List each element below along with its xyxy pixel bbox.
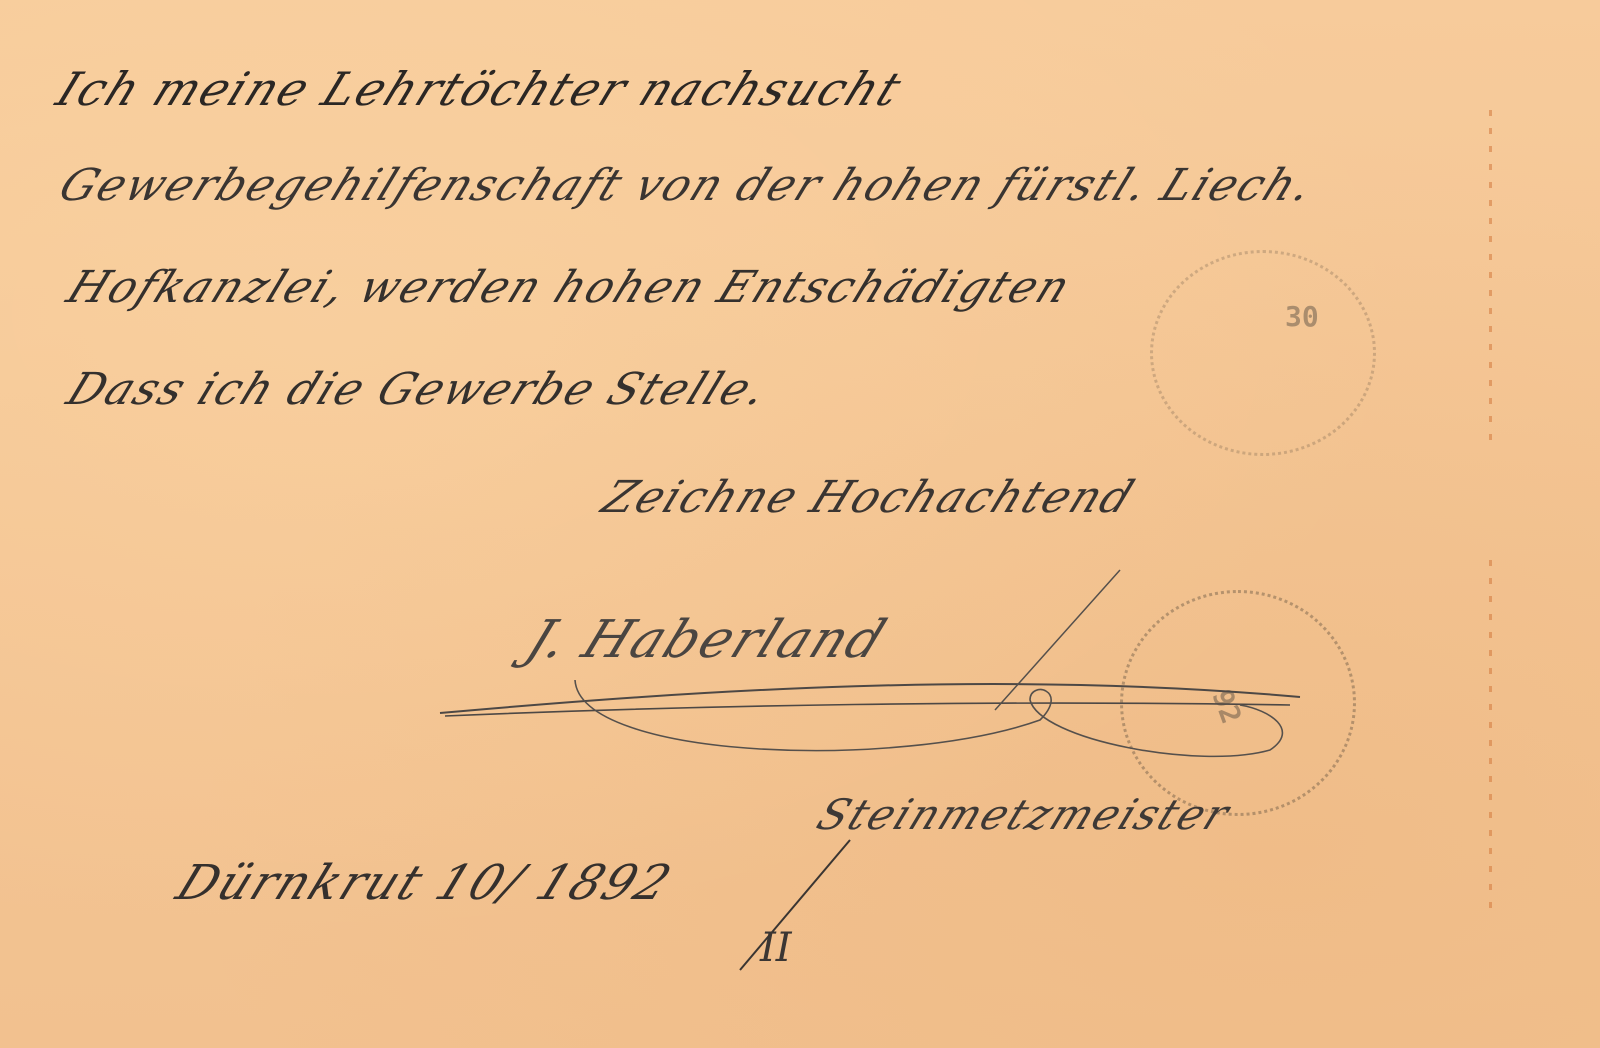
postcard: 30 92 Ich meine Lehrtöchter nachsucht Ge… — [0, 0, 1600, 1048]
signature-flourish-icon — [0, 0, 1600, 1048]
